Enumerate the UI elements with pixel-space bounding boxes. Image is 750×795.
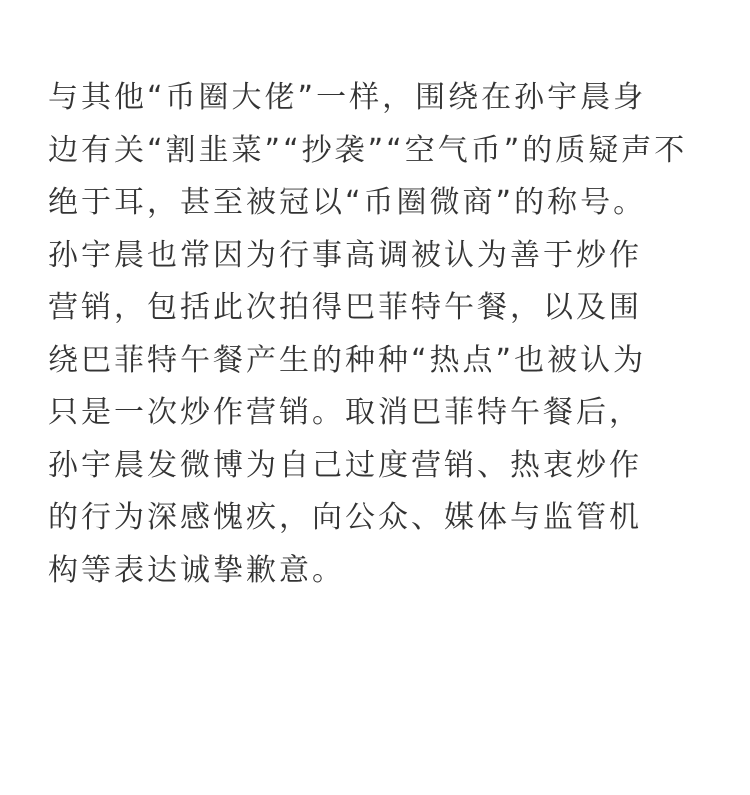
paragraph-line: 构等表达诚挚歉意。 [48, 545, 708, 598]
paragraph-line: 绕巴菲特午餐产生的种种“热点”也被认为 [48, 335, 708, 388]
paragraph-line: 孙宇晨也常因为行事高调被认为善于炒作 [48, 230, 708, 283]
article-body: 与其他“币圈大佬”一样，围绕在孙宇晨身 边有关“割韭菜”“抄袭”“空气币”的质疑… [48, 72, 708, 597]
paragraph-line: 营销，包括此次拍得巴菲特午餐，以及围 [48, 282, 708, 335]
paragraph-line: 与其他“币圈大佬”一样，围绕在孙宇晨身 [48, 72, 708, 125]
paragraph-line: 边有关“割韭菜”“抄袭”“空气币”的质疑声不 [48, 125, 708, 178]
paragraph-line: 只是一次炒作营销。取消巴菲特午餐后， [48, 387, 708, 440]
paragraph-line: 的行为深感愧疚，向公众、媒体与监管机 [48, 492, 708, 545]
paragraph-line: 孙宇晨发微博为自己过度营销、热衷炒作 [48, 440, 708, 493]
paragraph-line: 绝于耳，甚至被冠以“币圈微商”的称号。 [48, 177, 708, 230]
